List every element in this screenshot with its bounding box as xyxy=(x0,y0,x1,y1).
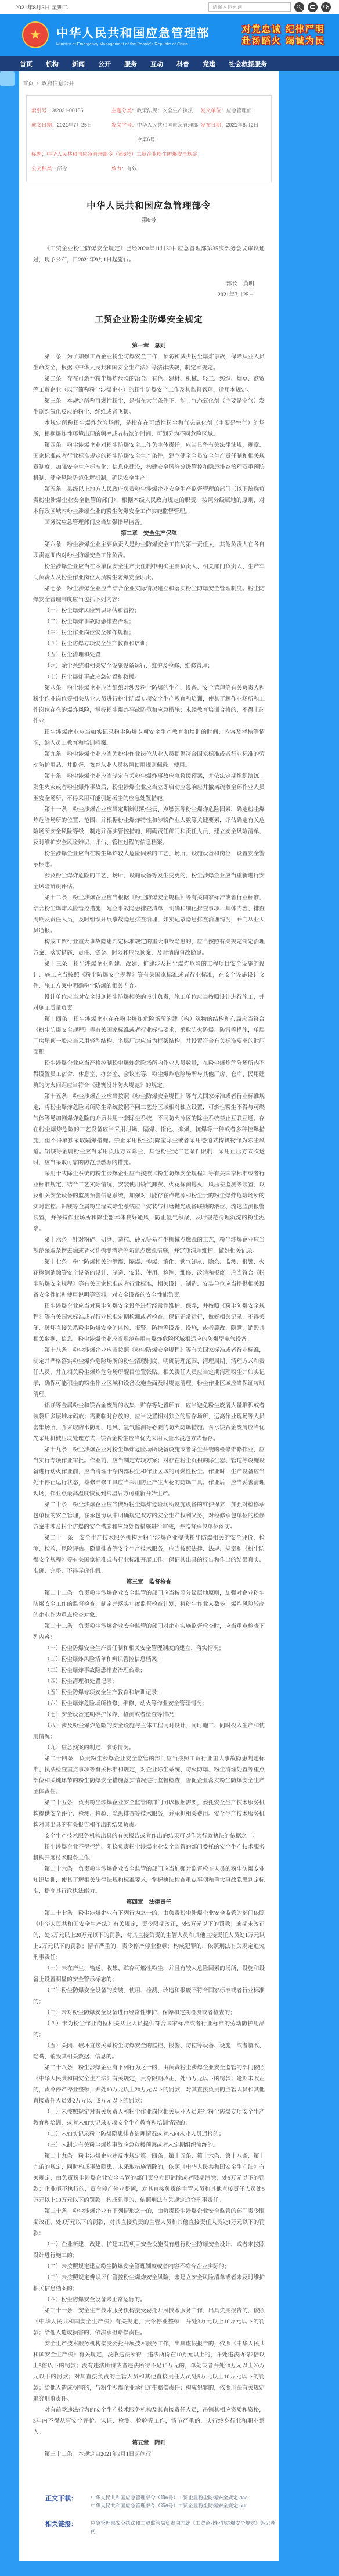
doc-paragraph: 第十七条 粉尘防爆相关的泄爆、隔爆、抑爆、惰化、锁气卸灰、除杂、监测、报警、火花… xyxy=(33,1257,265,1301)
site-title-english: Ministry of Emergency Management of the … xyxy=(56,42,210,46)
meta-cell: 发文单位：应急管理部 xyxy=(201,103,266,118)
meta-cell: 发文字号：中华人民共和国应急管理部令第6号 xyxy=(111,118,201,147)
chapter-heading: 第四章 法律责任 xyxy=(33,1897,265,1908)
meta-label: 主题分类： xyxy=(111,103,137,118)
doc-paragraph: 第十二条 粉尘涉爆企业应当根据《粉尘防爆安全规程》等有关国家标准或者行业标准，结… xyxy=(33,892,265,937)
doc-signature: 部长 黄明 xyxy=(33,278,265,289)
doc-paragraph: （八）涉及粉尘爆炸危险的安全设施与主体工程同时设计、同时施工、同时投入生产和使用… xyxy=(33,1720,265,1742)
doc-paragraph: 第二十六条 负责粉尘涉爆企业安全监管的部门应当加强对监督检查人员的粉尘防爆专业知… xyxy=(33,1864,265,1897)
meta-value: 有效 xyxy=(127,162,137,176)
weibo-icon[interactable] xyxy=(308,2,318,12)
meta-value: 政策法规；安全生产执法 xyxy=(137,103,193,118)
doc-paragraph: 第二十七条 粉尘涉爆企业有下列行为之一的，由负责粉尘涉爆企业安全监管的部门依照《… xyxy=(33,1908,265,1963)
national-emblem-icon: ★ xyxy=(22,21,49,48)
banner-slogan: 对党忠诚 纪律严明 赴汤蹈火 竭诚为民 xyxy=(242,23,329,46)
doc-paragraph: 第十八条 粉尘涉爆企业应当按照《粉尘防爆安全规程》等有关国家标准或者行业标准，制… xyxy=(33,1345,265,1400)
doc-paragraph: 第三十二条 本规定自2021年9月1日起施行。 xyxy=(33,2449,265,2460)
doc-paragraph: 国务院应急管理部门应当加强指导监督。 xyxy=(33,517,265,528)
doc-paragraph: 粉尘涉爆企业应当在粉尘爆炸较大危险因素的工艺、场所、设施设备和岗位，设置安全警示… xyxy=(33,848,265,870)
doc-paragraph: 第二十三条 负责粉尘涉爆企业安全监管的部门对企业实施监督检查时，应当重点检查下列… xyxy=(33,1621,265,1643)
meta-value: 中华人民共和国应急管理部令第6号 xyxy=(137,118,201,147)
document-meta-table: 索引号：3/2021-00155主题分类：政策法规；安全生产执法发文单位：应急管… xyxy=(26,95,272,182)
related-link[interactable]: 应急管理部安全执法和工贸监管局负责同志就《工贸企业粉尘防爆安全规定》答记者问 xyxy=(91,2519,279,2535)
nav-item-1[interactable]: 机构 xyxy=(46,59,59,69)
doc-paragraph: （二）未按照规定建立粉尘防爆安全管理制度或者内容不符合企业实际的； xyxy=(33,2261,265,2272)
doc-paragraph: 第二十四条 负责粉尘涉爆企业安全监管的部门应当按照工贸行业重大事故隐患判定标准、… xyxy=(33,1753,265,1798)
doc-paragraph: 第二十二条 负责粉尘涉爆企业安全监管的部门应当按照分级属地原则，加强对企业粉尘防… xyxy=(33,1588,265,1621)
meta-label: 发文单位： xyxy=(201,103,226,118)
doc-paragraph: 对有前款违法行为的安全生产技术服务机构及其直接责任人员，吊销其相应资质和资格，5… xyxy=(33,2405,265,2438)
decree-title: 中华人民共和国应急管理部令 xyxy=(33,200,265,211)
doc-paragraph: （三）未按照规定辨识评估管控粉尘爆炸安全风险，未建立安全风险清单或者未及时维护相… xyxy=(33,2272,265,2294)
doc-paragraph: 第十四条 粉尘涉爆企业存在粉尘爆炸危险场所的建（构）筑物的结构和布局应当符合《粉… xyxy=(33,1014,265,1058)
doc-paragraph: 粉尘涉爆企业应当如实记录粉尘防爆专项安全生产教育和培训的时间、内容及考核等情况，… xyxy=(33,727,265,749)
doc-paragraph: （四）粉尘清理和处置记录； xyxy=(33,1676,265,1687)
doc-paragraph: （一）企业新建、改建、扩建工程项目安全设施没有进行粉尘防爆安全设计，或者未按照设… xyxy=(33,2239,265,2261)
doc-paragraph: 第二十八条 粉尘涉爆企业有下列行为之一的，由负责粉尘涉爆企业安全监管的部门依照《… xyxy=(33,2062,265,2107)
doc-paragraph: （二）粉尘爆炸事故隐患排查治理； xyxy=(33,616,265,627)
doc-paragraph: （七）安全设备定期维护保养、检测或者检查等情况； xyxy=(33,1709,265,1720)
meta-cell: 标题：中华人民共和国应急管理部令（第6号）工贸企业粉尘防爆安全规定 xyxy=(31,147,266,162)
site-title: 中华人民共和国应急管理部 xyxy=(56,23,210,41)
meta-value: 应急管理部 xyxy=(226,103,252,118)
site-banner: ★ 中华人民共和国应急管理部 Ministry of Emergency Man… xyxy=(0,14,339,56)
doc-paragraph: （六）除尘系统和相关安全设施设备运行、维护及检修、维修管理； xyxy=(33,661,265,672)
related-links-section: 相关链接： 应急管理部安全执法和工贸监管局负责同志就《工贸企业粉尘防爆安全规定》… xyxy=(19,2519,279,2535)
doc-paragraph: 第十条 粉尘涉爆企业应当制定有关粉尘爆炸事故应急救援预案，并依法定期组织演练。发… xyxy=(33,771,265,804)
nav-item-0[interactable]: 首页 xyxy=(20,59,33,69)
slogan-line-2: 赴汤蹈火 竭诚为民 xyxy=(242,35,325,46)
meta-label: 发布日期： xyxy=(201,118,226,147)
download-file-link[interactable]: 中华人民共和国应急管理部令（第6号）工贸企业粉尘防爆安全规定.doc xyxy=(91,2494,247,2502)
nav-item-8[interactable]: 社会救援服务 xyxy=(229,59,267,69)
content-card: 首页 › 政府信息公开 索引号：3/2021-00155主题分类：政策法规；安全… xyxy=(19,71,279,2561)
doc-paragraph: 第九条 粉尘涉爆企业应当为粉尘作业岗位从业人员提供符合国家标准或者行业标准的劳动… xyxy=(33,749,265,771)
side-accessibility-tab[interactable] xyxy=(0,71,15,86)
document-body: 中华人民共和国应急管理部令第6号《工贸企业粉尘防爆安全规定》已经2020年11月… xyxy=(19,200,279,2460)
nav-item-5[interactable]: 互动 xyxy=(150,59,163,69)
doc-paragraph: （四）未为粉尘作业岗位相关从业人员提供符合国家标准或者行业标准的劳动防护用品的； xyxy=(33,2018,265,2040)
breadcrumb-current: 政府信息公开 xyxy=(41,79,74,87)
doc-paragraph: （二）未如实记录粉尘防爆隐患排查治理情况或者未向从业人员通报的； xyxy=(33,2129,265,2140)
doc-paragraph: 第七条 粉尘涉爆企业应当结合企业实际情况建立和落实粉尘防爆安全管理制度。粉尘防爆… xyxy=(33,583,265,605)
doc-paragraph: 粉尘涉爆企业应当在本单位安全生产责任制中明确主要负责人、相关部门负责人、生产车间… xyxy=(33,561,265,583)
nav-item-3[interactable]: 公开 xyxy=(98,59,111,69)
doc-paragraph: （二）粉尘防爆安全设备的安装、使用、检测、改造和报废不符合国家标准或者行业标准的… xyxy=(33,1985,265,2007)
meta-label: 索引号： xyxy=(31,103,52,118)
meta-row: 标题：中华人民共和国应急管理部令（第6号）工贸企业粉尘防爆安全规定 xyxy=(31,147,266,162)
chapter-heading: 第五章 附则 xyxy=(33,2438,265,2449)
meta-cell: 索引号：3/2021-00155 xyxy=(31,103,111,118)
doc-paragraph: 设计单位应当对安全设施粉尘防爆相关的设计负责，施工单位应当按照设计进行施工，并对… xyxy=(33,992,265,1014)
doc-paragraph: （三）粉尘作业岗位安全操作规程； xyxy=(33,627,265,638)
main-nav: 首页机构新闻公开服务互动科普党建社会救援服务 xyxy=(0,56,339,71)
search-icon xyxy=(297,5,300,8)
meta-value: 中华人民共和国应急管理部令（第6号）工贸企业粉尘防爆安全规定 xyxy=(46,147,197,162)
related-link-list: 应急管理部安全执法和工贸监管局负责同志就《工贸企业粉尘防爆安全规定》答记者问 xyxy=(91,2519,279,2535)
doc-paragraph: （五）粉尘防爆专项安全生产教育和培训记录； xyxy=(33,1687,265,1698)
related-links-label: 相关链接： xyxy=(45,2519,91,2535)
doc-paragraph: （五）粉尘清理和处置； xyxy=(33,650,265,661)
doc-paragraph: （四）粉尘防爆专项安全生产教育和培训； xyxy=(33,638,265,650)
doc-paragraph: （九）应急预案的制定、演练情况。 xyxy=(33,1742,265,1753)
meta-row: 索引号：3/2021-00155主题分类：政策法规；安全生产执法发文单位：应急管… xyxy=(31,103,266,118)
site-search xyxy=(208,2,331,12)
doc-paragraph: （一）未在产生、输送、收集、贮存可燃性粉尘，并且有较大危险因素的场所、设施和设备… xyxy=(33,1963,265,1985)
chapter-heading: 第三章 监督检查 xyxy=(33,1577,265,1588)
meta-value: 2021年8月2日 xyxy=(226,118,259,147)
doc-paragraph: 第二十一条 安全生产技术服务机构为粉尘涉爆企业提供粉尘防爆相关的安全评价、检测、… xyxy=(33,1533,265,1577)
doc-paragraph: （三）粉尘爆炸事故隐患排查治理台账； xyxy=(33,1665,265,1676)
nav-item-4[interactable]: 服务 xyxy=(124,59,137,69)
doc-paragraph: 第三条 本规定所称可燃性粉尘，是指在大气条件下，能与气态氧化剂（主要是空气）发生… xyxy=(33,396,265,418)
doc-paragraph: （二）粉尘爆炸风险清单和辨识管控信息档案； xyxy=(33,1654,265,1665)
doc-paragraph: 第六条 粉尘涉爆企业主要负责人是粉尘防爆安全工作的第一责任人，其他负责人在各自职… xyxy=(33,539,265,561)
meta-cell: 效力：有效 xyxy=(111,162,201,176)
doc-paragraph: 采用干式除尘系统的粉尘涉爆企业应当按照《粉尘防爆安全规程》等有关国家标准或者行业… xyxy=(33,1168,265,1235)
nav-item-6[interactable]: 科普 xyxy=(176,59,189,69)
nav-item-2[interactable]: 新闻 xyxy=(72,59,85,69)
meta-cell: 发布日期：2021年8月2日 xyxy=(201,118,266,147)
breadcrumb-home-link[interactable]: 首页 xyxy=(23,79,34,87)
doc-paragraph: （一）粉尘防爆安全生产责任制和相关安全管理制度的建立、落实情况； xyxy=(33,1643,265,1654)
download-file-link[interactable]: 中华人民共和国应急管理部令（第6号）工贸企业粉尘防爆安全规定.pdf xyxy=(91,2502,247,2510)
doc-paragraph: 第十三条 粉尘涉爆企业新建、改建、扩建涉及粉尘爆炸危险的工程项目安全设施的设计、… xyxy=(33,959,265,992)
doc-paragraph: 第八条 粉尘涉爆企业应当组织对涉及粉尘防爆的生产、设备、安全管理等有关负责人和粉… xyxy=(33,683,265,727)
wechat-icon[interactable] xyxy=(321,2,331,12)
doc-paragraph: 粉尘涉爆企业应当严格控制粉尘爆炸危险场所内作业人员数量，在粉尘爆炸危险场所内不得… xyxy=(33,1058,265,1091)
search-button[interactable] xyxy=(294,2,304,12)
meta-label: 公文种类： xyxy=(31,162,57,176)
top-utility-bar: 2021年8月3日 星期二 xyxy=(0,0,339,14)
meta-label: 效力： xyxy=(111,162,127,176)
meta-cell: 公文种类：部令 xyxy=(31,162,111,176)
meta-row: 公文种类：部令效力：有效 xyxy=(31,162,266,176)
doc-paragraph: （六）粉尘爆炸危险场所检修、维修、动火等作业安全管理情况； xyxy=(33,1698,265,1709)
meta-label: 标题： xyxy=(31,147,46,162)
doc-paragraph: 第十一条 粉尘涉爆企业应当定期辨识粉尘云、点燃源等粉尘爆炸危险因素，确定粉尘爆炸… xyxy=(33,804,265,848)
doc-paragraph: （一）粉尘爆炸风险辨识评估和管控； xyxy=(33,605,265,616)
slogan-line-1: 对党忠诚 纪律严明 xyxy=(242,23,325,35)
doc-paragraph: 安全生产技术服务机构接受委托开展技术服务工作，出具虚假报告的，依照《中华人民共和… xyxy=(33,2338,265,2405)
meta-value: 2021年7月25日 xyxy=(57,118,92,147)
doc-paragraph: 第一条 为了加强工贸企业粉尘防爆安全工作，预防和减少粉尘爆炸事故，保障从业人员生… xyxy=(33,351,265,374)
doc-paragraph: 第二十条 粉尘涉爆企业应当做好粉尘爆炸危险场所设施设备的维护保养，加强对检修承包… xyxy=(33,1499,265,1533)
chapter-heading: 第一章 总则 xyxy=(33,340,265,351)
doc-paragraph: （一）未按照规定对有关负责人和粉尘作业岗位相关从业人员进行粉尘防爆专项安全生产教… xyxy=(33,2107,265,2129)
doc-signature: 2021年7月25日 xyxy=(33,289,265,300)
doc-paragraph: （三）未对粉尘防爆安全设备进行经常性维护、保养和定期检测或者检查的； xyxy=(33,2007,265,2018)
doc-paragraph: 《工贸企业粉尘防爆安全规定》已经2020年11月30日应急管理部第35次部务会议… xyxy=(33,243,265,266)
download-section-label: 正文下载： xyxy=(45,2494,91,2510)
meta-value: 部令 xyxy=(57,162,67,176)
doc-paragraph: 涉及粉尘爆炸危险的工艺、场所、设施设备等发生变更的，粉尘涉爆企业应当重新进行安全… xyxy=(33,870,265,892)
download-section: 正文下载： 中华人民共和国应急管理部令（第6号）工贸企业粉尘防爆安全规定.doc… xyxy=(19,2494,279,2510)
nav-item-7[interactable]: 党建 xyxy=(203,59,215,69)
doc-paragraph: 第三十条 粉尘涉爆企业有下列情形之一的，由负责粉尘涉爆企业安全监管的部门责令限期… xyxy=(33,2206,265,2239)
meta-label: 发文字号： xyxy=(111,118,137,147)
breadcrumb-separator: › xyxy=(37,80,38,87)
meta-cell: 主题分类：政策法规；安全生产执法 xyxy=(111,103,201,118)
doc-paragraph: 安全生产技术服务机构出具的有关报告或者作出的结果可以作为行政执法的依据之一。 xyxy=(33,1831,265,1842)
meta-value: 3/2021-00155 xyxy=(52,103,83,118)
doc-paragraph: （四）粉尘防爆安全设备未正常运行的。 xyxy=(33,2294,265,2305)
doc-paragraph: 第三十一条 安全生产技术服务机构接受委托开展技术服务工作，出具失实报告的，依照《… xyxy=(33,2305,265,2338)
doc-paragraph: 第四条 粉尘涉爆企业对粉尘防爆安全工作负主体责任，应当具备有关法律法规、规章、国… xyxy=(33,440,265,484)
download-file-list: 中华人民共和国应急管理部令（第6号）工贸企业粉尘防爆安全规定.doc中华人民共和… xyxy=(91,2494,247,2510)
doc-paragraph: 粉尘涉爆企业应当对粉尘防爆安全设备进行经常性维护、保养，并按照《粉尘防爆安全规程… xyxy=(33,1301,265,1345)
current-date: 2021年8月3日 星期二 xyxy=(15,3,68,11)
doc-paragraph: 铝镁等金属粉尘和镁合金废屑的收集、贮存等处置环节，应当避免粉尘废屑大量堆积或者装… xyxy=(33,1400,265,1444)
doc-paragraph: 构成工贸行业重大事故隐患判定标准规定的重大事故隐患的，应当按照有关规定制定治理方… xyxy=(33,937,265,959)
decree-number: 第6号 xyxy=(33,215,265,226)
regulation-title: 工贸企业粉尘防爆安全规定 xyxy=(33,314,265,325)
doc-paragraph: 第五条 县级以上地方人民政府负责粉尘涉爆企业安全生产监督管理的部门（以下统称负责… xyxy=(33,484,265,517)
doc-paragraph: 第十五条 粉尘涉爆企业应当按照《粉尘防爆安全规程》等有关国家标准或者行业标准规定… xyxy=(33,1091,265,1168)
doc-paragraph: 第二条 存在可燃性粉尘爆炸危险的冶金、有色、建材、机械、轻工、纺织、烟草、商贸等… xyxy=(33,374,265,396)
doc-paragraph: （七）粉尘爆炸事故应急处置和救援。 xyxy=(33,672,265,683)
doc-paragraph: 本规定所称粉尘爆炸危险场所，是指存在可燃性粉尘和气态氧化剂（主要是空气）的场所，… xyxy=(33,418,265,440)
doc-paragraph: （三）未制定有关粉尘爆炸事故应急救援预案或者未定期组织演练的。 xyxy=(33,2140,265,2151)
doc-paragraph: 第十六条 针对粉碎、研磨、造粒、砂光等易产生机械点燃源的工艺，粉尘涉爆企业应当规… xyxy=(33,1235,265,1257)
doc-paragraph: 第二十九条 粉尘涉爆企业违反本规定第十四条、第十五条、第十六条、第十八条、第十九… xyxy=(33,2151,265,2206)
doc-paragraph: 粉尘涉爆企业不得拒绝、阻挠负责粉尘涉爆企业安全监管的部门委托的安全生产技术服务机… xyxy=(33,1842,265,1864)
chapter-heading: 第二章 安全生产保障 xyxy=(33,528,265,539)
meta-label: 成文日期： xyxy=(31,118,57,147)
breadcrumb: 首页 › 政府信息公开 xyxy=(19,71,279,94)
doc-paragraph: 第十九条 粉尘涉爆企业对粉尘爆炸危险场所设备设施或者除尘系统的检修维修作业，应当… xyxy=(33,1444,265,1499)
meta-row: 成文日期：2021年7月25日发文字号：中华人民共和国应急管理部令第6号发布日期… xyxy=(31,118,266,147)
search-input[interactable] xyxy=(208,2,291,12)
doc-paragraph: （五）关闭、破坏直接关系粉尘防爆安全的监控、报警、防控等设备、设施，或者篡改、隐… xyxy=(33,2040,265,2062)
meta-cell: 成文日期：2021年7月25日 xyxy=(31,118,111,147)
doc-paragraph: 第二十五条 负责粉尘涉爆企业安全监管的部门可以根据需要，委托安全生产技术服务机构… xyxy=(33,1798,265,1831)
site-title-group: 中华人民共和国应急管理部 Ministry of Emergency Manag… xyxy=(56,23,210,46)
